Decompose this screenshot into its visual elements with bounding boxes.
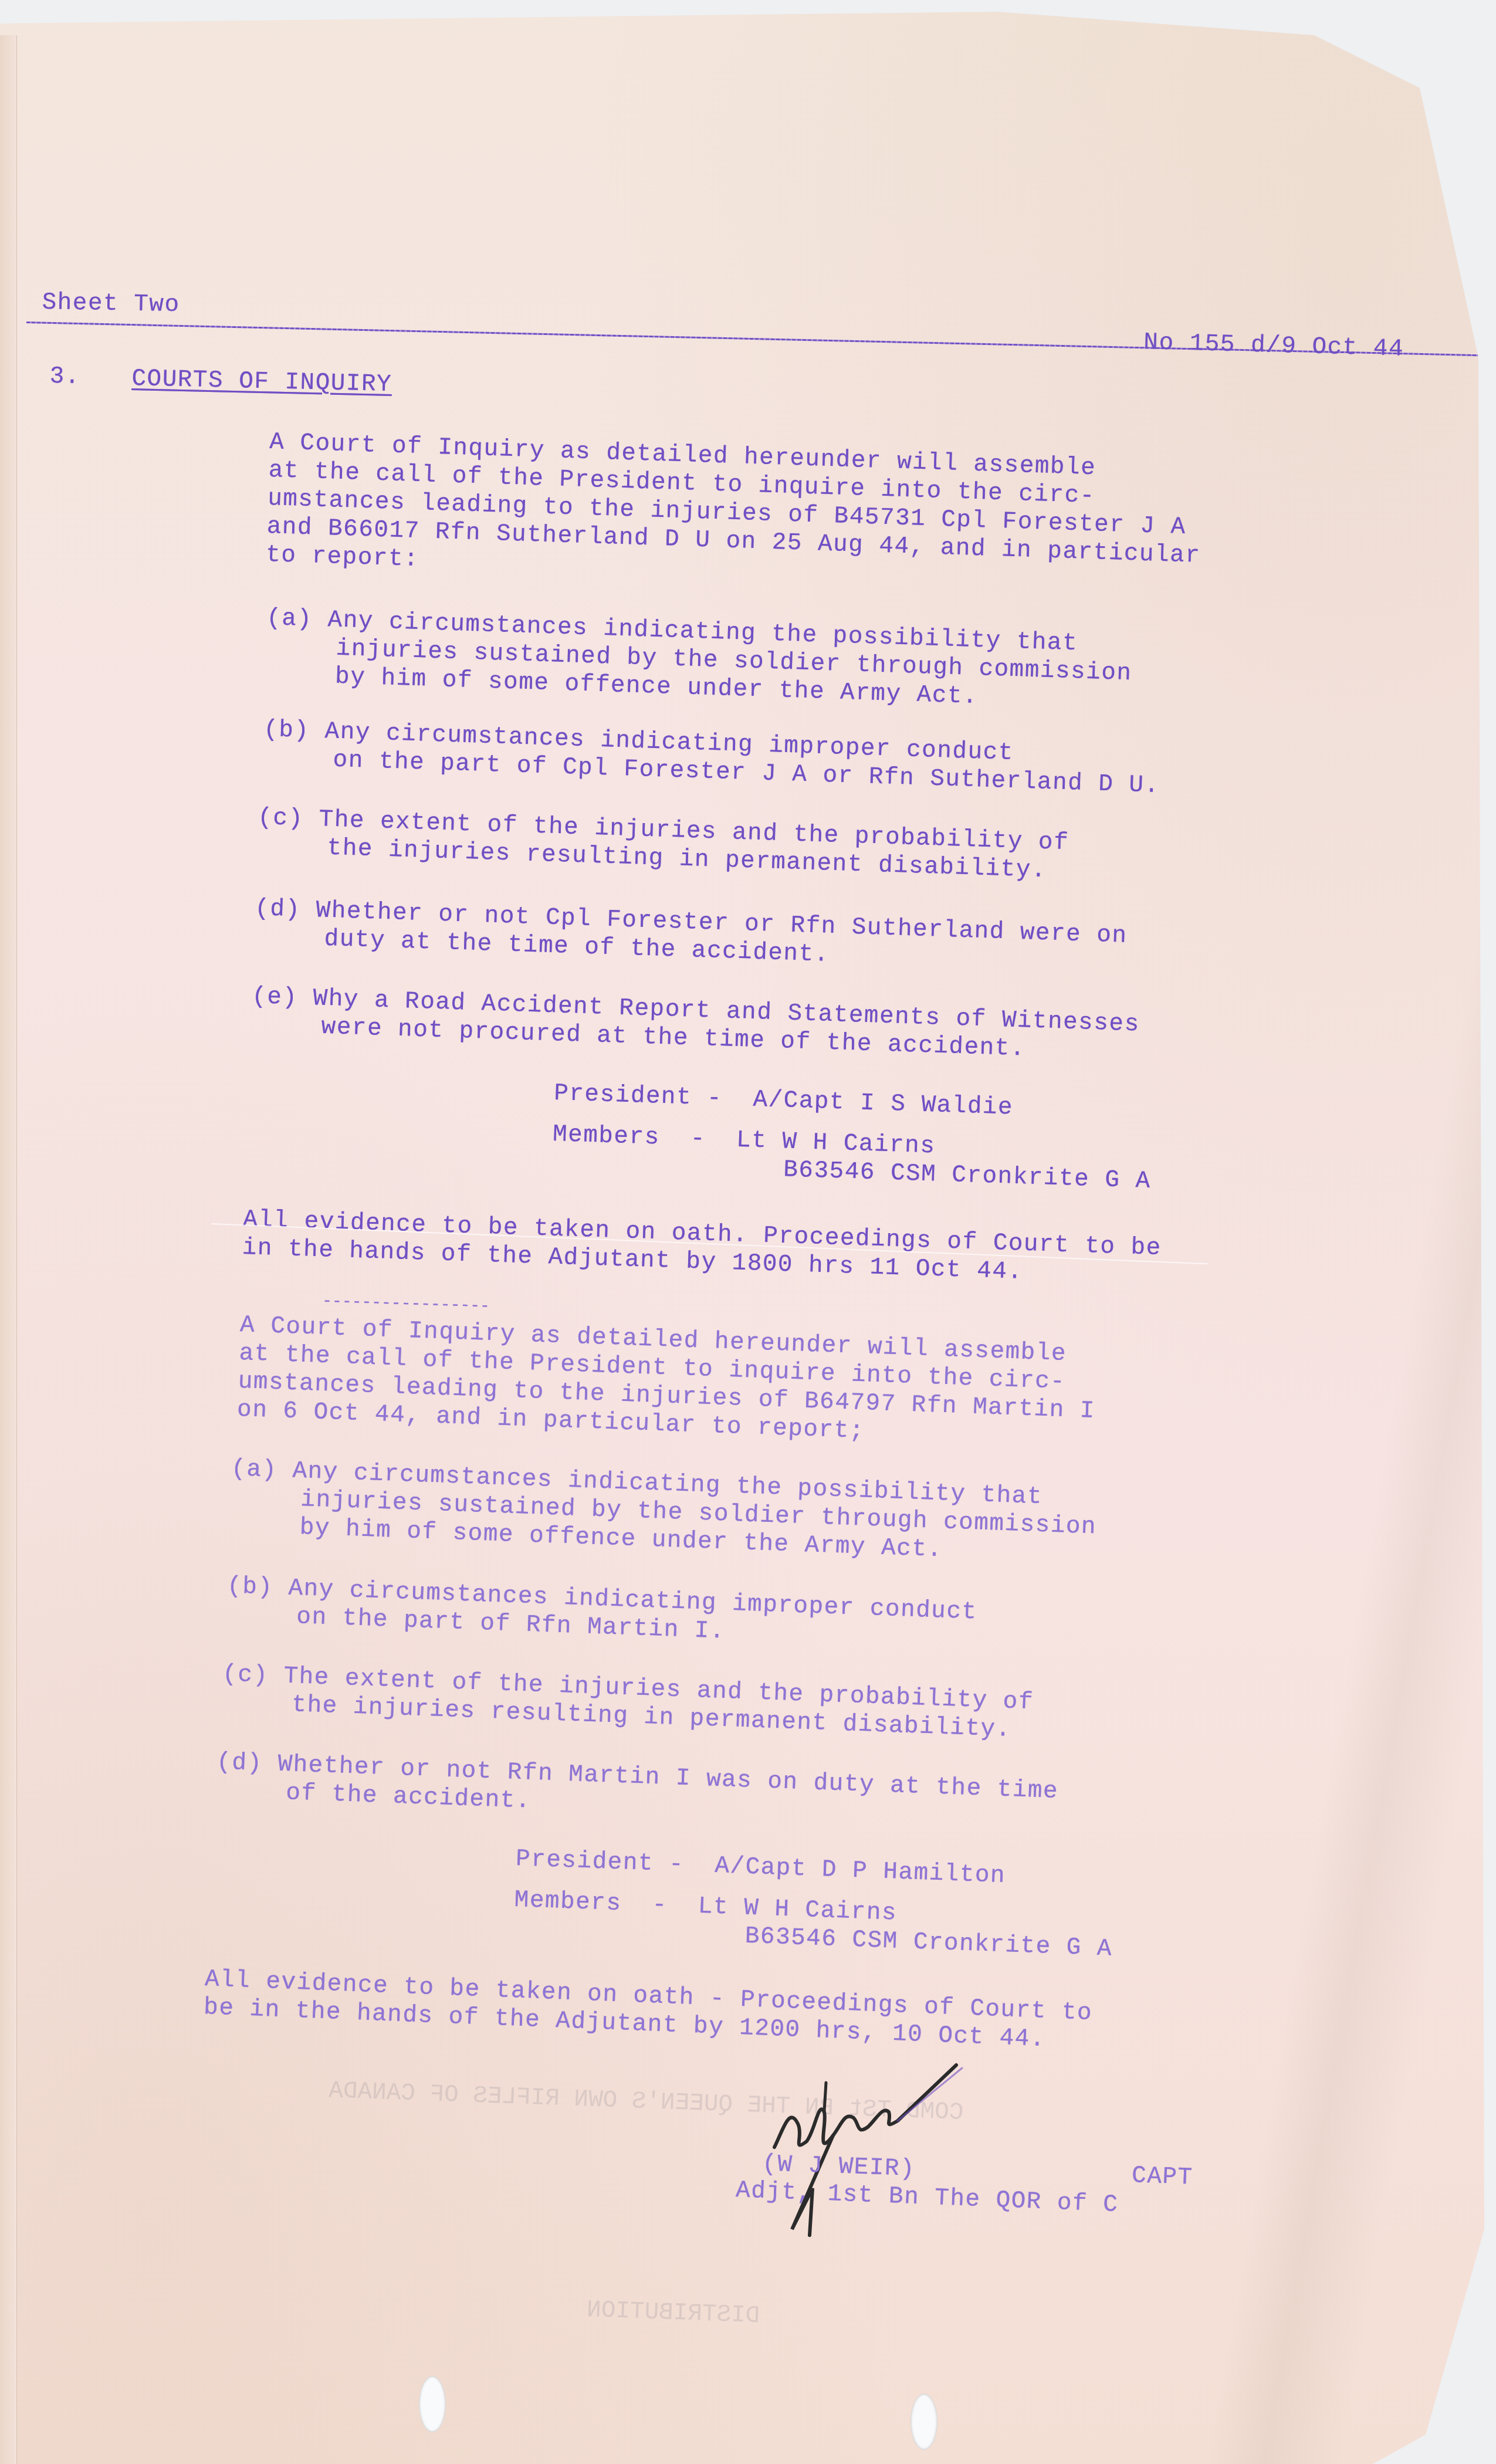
item-label: (b) (263, 716, 310, 744)
inquiry-2-board: President - A/Capt D P Hamilton Members … (513, 1845, 1115, 1964)
punch-hole (419, 2376, 446, 2432)
signatory-rank: CAPT (1131, 2162, 1193, 2192)
item-label: (b) (226, 1573, 273, 1602)
sheet-label: Sheet Two (42, 289, 180, 319)
section-number: 3. (49, 363, 80, 391)
inquiry-1-board: President - A/Capt I S Waldie Members - … (551, 1079, 1153, 1196)
bleed-through-text: DISTRIBUTION (586, 2297, 760, 2330)
section-title: COURTS OF INQUIRY (131, 365, 392, 399)
president-label: President - (515, 1846, 685, 1879)
inquiry-2-intro: A Court of Inquiry as detailed hereunder… (236, 1311, 1098, 1454)
item-label: (e) (252, 983, 299, 1011)
inquiry-1-item-c: (c) The extent of the injuries and the p… (256, 804, 1069, 885)
item-label: (a) (266, 605, 313, 633)
inquiry-1-item-d: (d) Whether or not Cpl Forester or Rfn S… (253, 895, 1128, 979)
inquiry-2-item-c: (c) The extent of the injuries and the p… (221, 1660, 1034, 1745)
president-name: A/Capt I S Waldie (753, 1087, 1014, 1122)
item-label: (d) (255, 895, 302, 923)
item-label: (c) (222, 1661, 269, 1690)
inquiry-2-item-b: (b) Any circumstances indicating imprope… (226, 1572, 978, 1655)
reference-number: No 155 d/9 Oct 44 (1143, 329, 1404, 364)
document-page: COMD TSt BN THE QUEEN'S OWN RIFLES OF CA… (0, 0, 1496, 2464)
punch-hole (911, 2394, 937, 2450)
members-label: Members - (552, 1121, 706, 1153)
president-label: President - (554, 1080, 723, 1112)
inquiry-1-item-e: (e) Why a Road Accident Report and State… (251, 983, 1140, 1067)
inquiry-1-item-b: (b) Any circumstances indicating imprope… (262, 716, 1161, 800)
inquiry-1-intro: A Court of Inquiry as detailed hereunder… (265, 428, 1203, 598)
members-label: Members - (514, 1887, 668, 1919)
item-label: (a) (231, 1456, 277, 1484)
item-label: (c) (258, 804, 304, 832)
inquiry-1-item-a: (a) Any circumstances indicating the pos… (264, 604, 1133, 716)
inquiry-2-item-d: (d) Whether or not Rfn Martin I was on d… (215, 1748, 1059, 1834)
paper-fold-edge (0, 35, 17, 2464)
item-label: (d) (216, 1749, 263, 1778)
inquiry-1-closing: All evidence to be taken on oath. Procee… (242, 1206, 1162, 1291)
president-name: A/Capt D P Hamilton (715, 1853, 1006, 1890)
inquiry-2-item-a: (a) Any circumstances indicating the pos… (229, 1455, 1098, 1569)
